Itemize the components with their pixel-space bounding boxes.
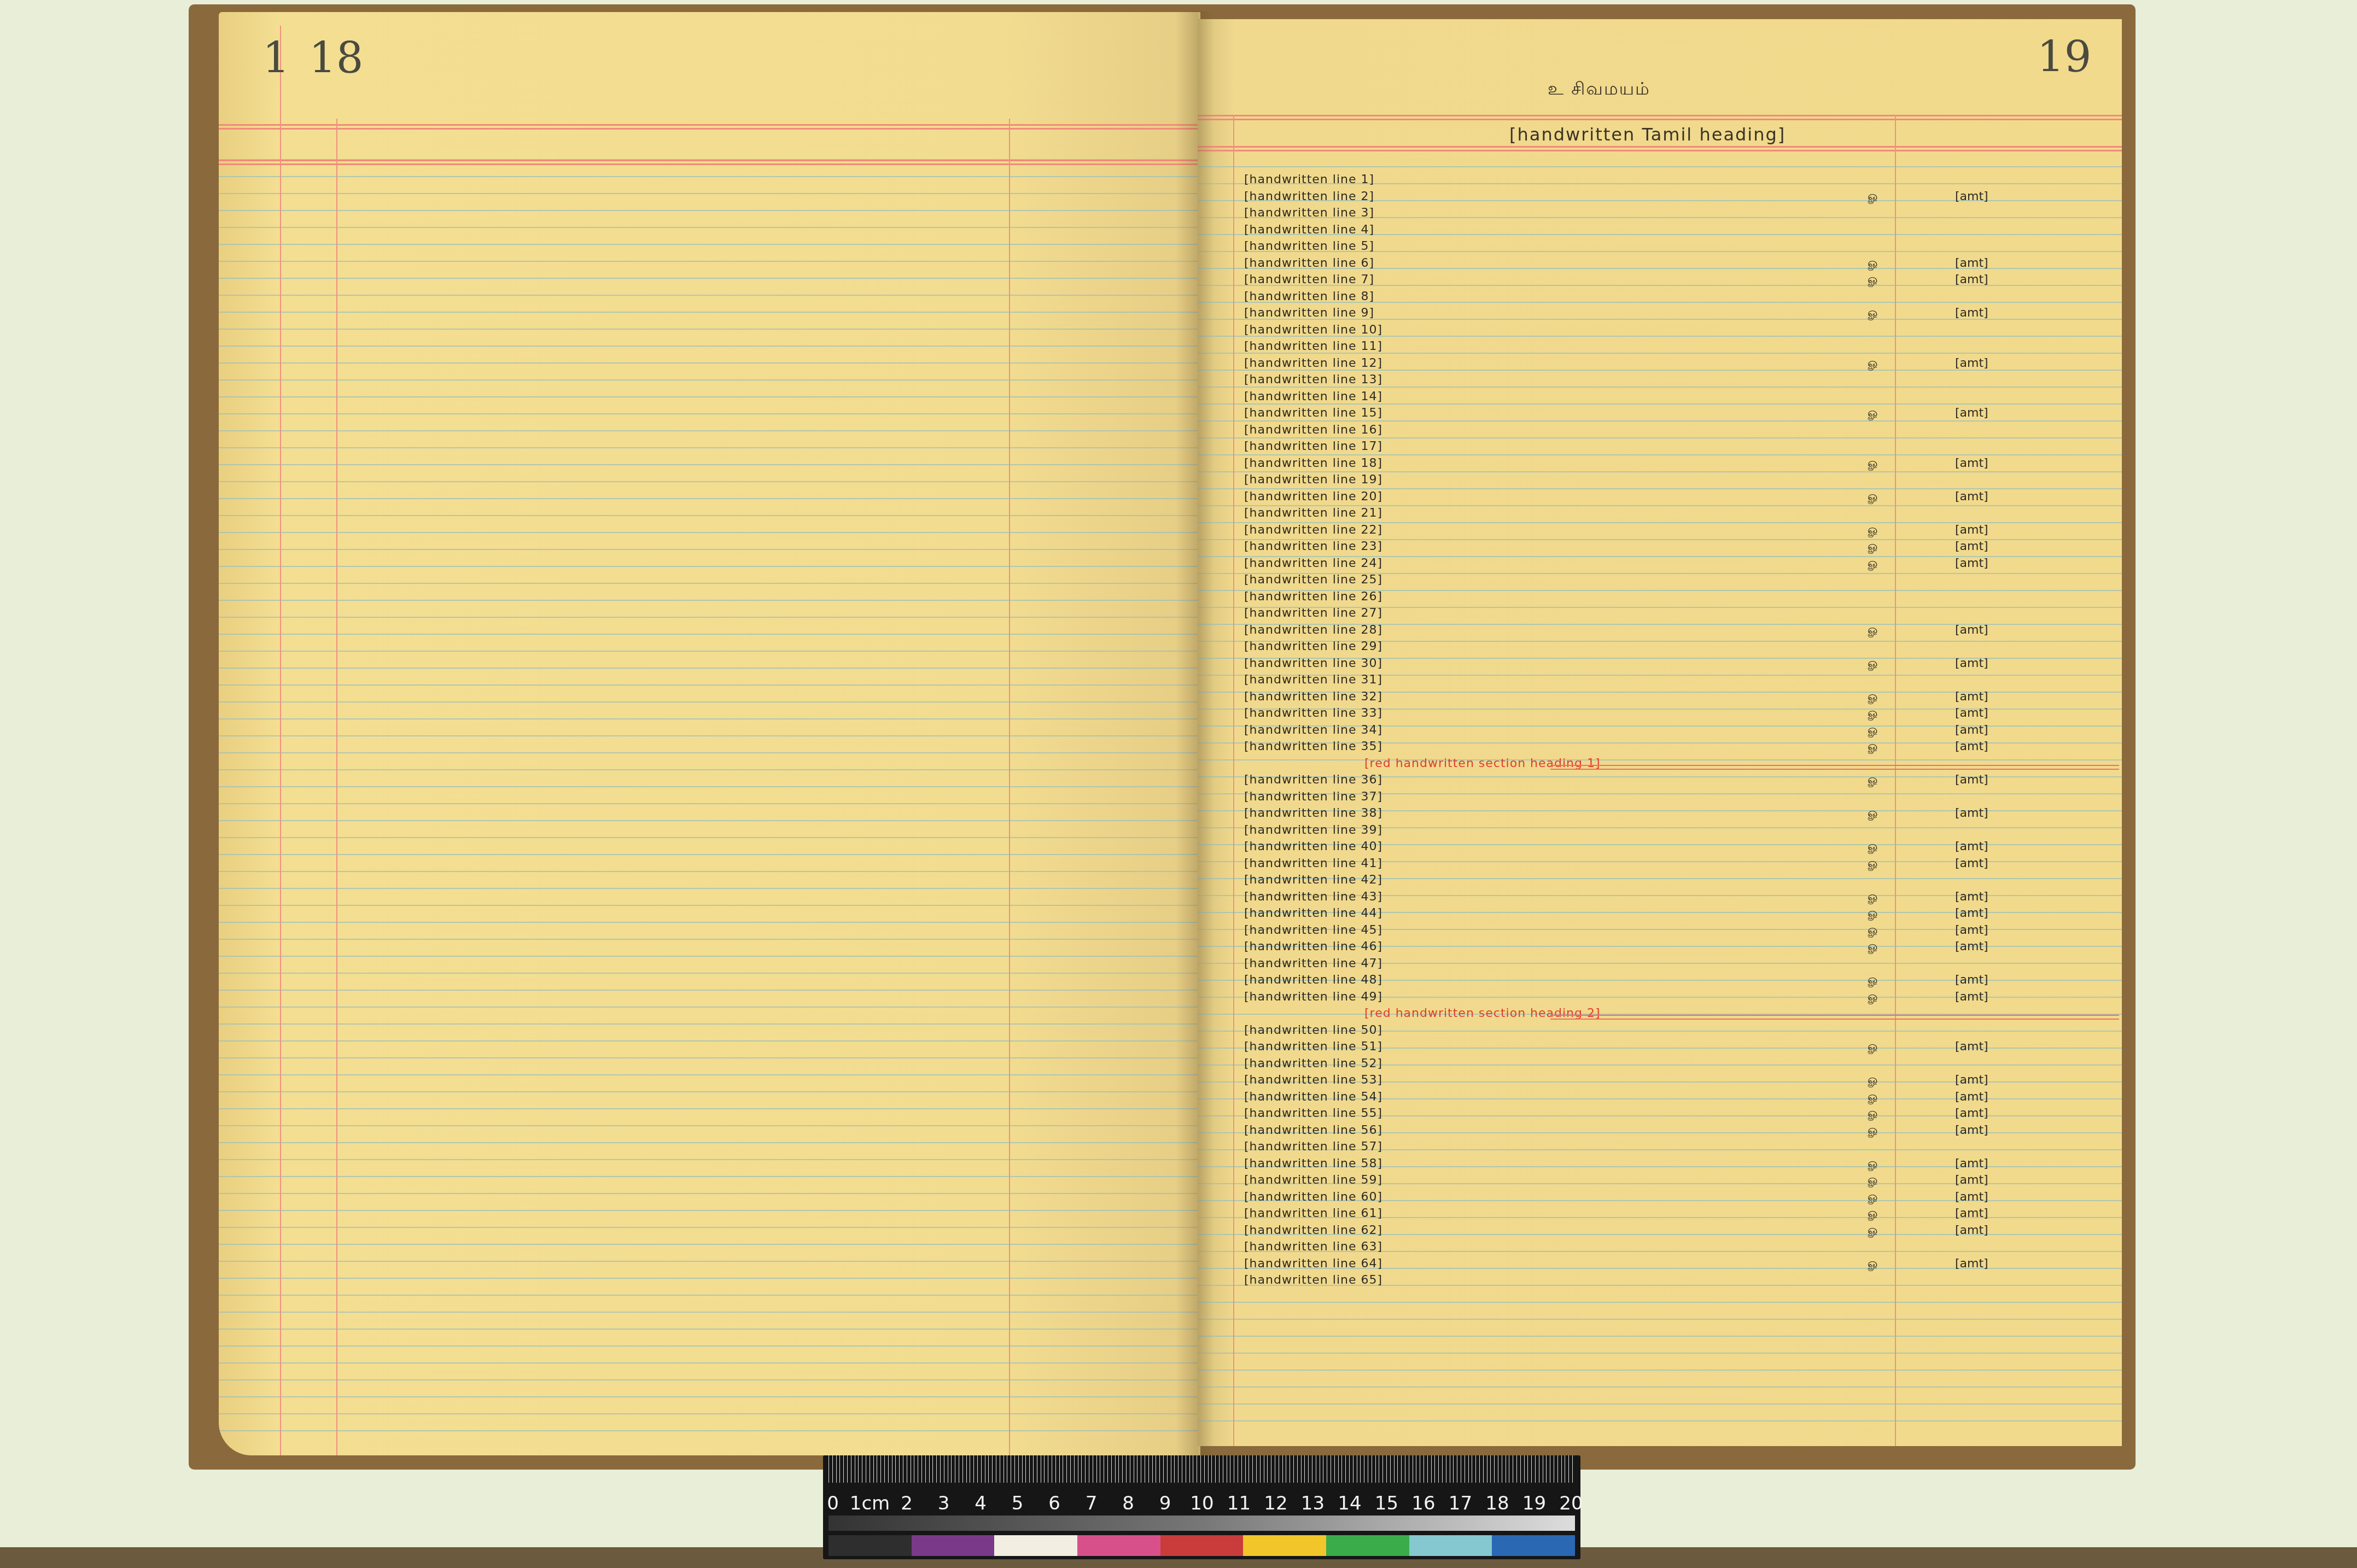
entry-amount: [amt] xyxy=(1955,840,2097,853)
entry-mark: ௐ xyxy=(1868,457,1906,472)
entry-text: [handwritten line 32] xyxy=(1244,690,1873,704)
ledger-row: [handwritten line 37] xyxy=(1244,788,2119,805)
ledger-row: [handwritten line 35]ௐ[amt] xyxy=(1244,738,2119,755)
entry-text: [handwritten line 33] xyxy=(1244,706,1873,720)
ledger-row: [handwritten line 47] xyxy=(1244,955,2119,972)
entry-mark: ௐ xyxy=(1868,1107,1906,1122)
ledger-row: [handwritten line 56]ௐ[amt] xyxy=(1244,1122,2119,1139)
ledger-row: [handwritten line 9]ௐ[amt] xyxy=(1244,305,2119,321)
ledger-row: [handwritten line 53]ௐ[amt] xyxy=(1244,1072,2119,1089)
entry-text: [handwritten line 35] xyxy=(1244,740,1873,753)
entry-text: [handwritten line 34] xyxy=(1244,723,1873,737)
ledger-row: [handwritten line 26] xyxy=(1244,588,2119,605)
entry-text: [handwritten line 6] xyxy=(1244,256,1873,270)
entry-text: [handwritten line 12] xyxy=(1244,356,1873,370)
color-swatch xyxy=(829,1535,912,1556)
entry-amount: [amt] xyxy=(1955,1040,2097,1054)
entry-text: [handwritten line 37] xyxy=(1244,790,1873,804)
header-rule-top-2 xyxy=(1198,119,2122,120)
ledger-row: [handwritten line 49]ௐ[amt] xyxy=(1244,988,2119,1005)
ledger-row: [handwritten line 4] xyxy=(1244,221,2119,238)
cm-label: 6 xyxy=(1048,1493,1060,1514)
ledger-row: [handwritten line 38]ௐ[amt] xyxy=(1244,805,2119,822)
ledger-row: [handwritten line 63] xyxy=(1244,1238,2119,1255)
column-heading: [handwritten Tamil heading] xyxy=(1509,124,1786,145)
ledger-row: [handwritten line 29] xyxy=(1244,638,2119,655)
entry-text: [handwritten line 62] xyxy=(1244,1224,1873,1237)
entry-amount: [amt] xyxy=(1955,273,2097,286)
entry-text: [handwritten line 17] xyxy=(1244,440,1873,453)
entry-amount: [amt] xyxy=(1955,356,2097,370)
entry-amount: [amt] xyxy=(1955,773,2097,787)
entry-mark: ௐ xyxy=(1868,557,1906,572)
ledger-row: [handwritten line 25] xyxy=(1244,571,2119,588)
entry-text: [handwritten line 23] xyxy=(1244,540,1873,553)
entry-amount: [amt] xyxy=(1955,990,2097,1004)
ledger-row: [handwritten line 10] xyxy=(1244,321,2119,338)
entry-amount: [amt] xyxy=(1955,1190,2097,1204)
entry-text: [handwritten line 50] xyxy=(1244,1023,1873,1037)
color-swatch xyxy=(1326,1535,1409,1556)
ledger-row: [handwritten line 42] xyxy=(1244,871,2119,888)
entry-mark: ௐ xyxy=(1868,523,1906,539)
cm-label: 0 xyxy=(827,1493,839,1514)
ledger-row: [handwritten line 55]ௐ[amt] xyxy=(1244,1105,2119,1122)
entry-mark: ௐ xyxy=(1868,773,1906,788)
margin-line xyxy=(280,26,281,1455)
entry-text: [handwritten line 11] xyxy=(1244,340,1873,353)
entry-mark: ௐ xyxy=(1868,306,1906,321)
cm-label: 11 xyxy=(1227,1493,1251,1514)
column-line-2 xyxy=(1009,119,1010,1455)
cm-label: 18 xyxy=(1485,1493,1509,1514)
ledger-row: [handwritten line 59]ௐ[amt] xyxy=(1244,1172,2119,1189)
ledger-row: [handwritten line 14] xyxy=(1244,388,2119,405)
entry-mark: ௐ xyxy=(1868,1207,1906,1222)
entry-amount: [amt] xyxy=(1955,1124,2097,1137)
ledger-row: [handwritten line 39] xyxy=(1244,822,2119,839)
entry-text: [handwritten line 59] xyxy=(1244,1173,1873,1187)
ledger-row: [handwritten line 1] xyxy=(1244,171,2119,188)
entry-text: [handwritten line 21] xyxy=(1244,506,1873,520)
cm-label: 10 xyxy=(1190,1493,1213,1514)
section-heading: [red handwritten section heading 2] xyxy=(1244,1005,2119,1022)
entry-amount: [amt] xyxy=(1955,723,2097,737)
entry-amount: [amt] xyxy=(1955,1073,2097,1087)
entry-amount: [amt] xyxy=(1955,706,2097,720)
entry-text: [handwritten line 56] xyxy=(1244,1124,1873,1137)
entry-amount: [amt] xyxy=(1955,973,2097,987)
entry-text: [handwritten line 42] xyxy=(1244,873,1873,887)
entry-text: [handwritten line 19] xyxy=(1244,473,1873,487)
entry-amount: [amt] xyxy=(1955,1157,2097,1171)
entry-text: [handwritten line 61] xyxy=(1244,1207,1873,1220)
ledger-row: [handwritten line 16] xyxy=(1244,422,2119,438)
cm-labels: 01cm234567891011121314151617181920 xyxy=(823,1493,1580,1514)
entry-text: [handwritten line 16] xyxy=(1244,423,1873,437)
ledger-row: [handwritten line 19] xyxy=(1244,471,2119,488)
grayscale-strip xyxy=(829,1516,1575,1531)
entry-amount: [amt] xyxy=(1955,623,2097,637)
entry-text: [handwritten line 40] xyxy=(1244,840,1873,853)
entry-mark: ௐ xyxy=(1868,356,1906,372)
color-swatch xyxy=(912,1535,995,1556)
header-rule-top-2 xyxy=(219,128,1200,130)
entry-text: [handwritten line 25] xyxy=(1244,573,1873,587)
cm-label: 12 xyxy=(1264,1493,1287,1514)
color-swatch xyxy=(1492,1535,1575,1556)
entry-amount: [amt] xyxy=(1955,1257,2097,1271)
cm-label: 4 xyxy=(975,1493,987,1514)
header-rule-bottom xyxy=(219,160,1200,161)
page-prefix: 1 xyxy=(262,34,290,83)
entry-mark: ௐ xyxy=(1868,190,1906,205)
ledger-row: [handwritten line 61]ௐ[amt] xyxy=(1244,1205,2119,1222)
entry-text: [handwritten line 58] xyxy=(1244,1157,1873,1171)
entry-mark: ௐ xyxy=(1868,1124,1906,1139)
header-rule-bottom-2 xyxy=(1198,150,2122,151)
ledger-row: [handwritten line 44]ௐ[amt] xyxy=(1244,905,2119,922)
page-number: 19 xyxy=(2037,33,2091,82)
entry-text: [handwritten line 60] xyxy=(1244,1190,1873,1204)
ledger-row: [handwritten line 30]ௐ[amt] xyxy=(1244,655,2119,672)
entry-amount: [amt] xyxy=(1955,490,2097,504)
entry-mark: ௐ xyxy=(1868,623,1906,639)
entry-text: [handwritten line 29] xyxy=(1244,640,1873,653)
ledger-entries: [handwritten line 1][handwritten line 2]… xyxy=(1244,171,2119,1289)
ledger-row: [handwritten line 2]ௐ[amt] xyxy=(1244,188,2119,205)
entry-amount: [amt] xyxy=(1955,857,2097,870)
cm-label: 14 xyxy=(1338,1493,1361,1514)
entry-text: [handwritten line 52] xyxy=(1244,1057,1873,1070)
entry-text: [handwritten line 31] xyxy=(1244,673,1873,687)
entry-text: [handwritten line 20] xyxy=(1244,490,1873,504)
ruled-lines xyxy=(219,143,1200,1439)
entry-text: [handwritten line 57] xyxy=(1244,1140,1873,1154)
entry-text: [handwritten line 3] xyxy=(1244,206,1873,220)
ledger-row: [handwritten line 17] xyxy=(1244,438,2119,455)
entry-text: [handwritten line 14] xyxy=(1244,390,1873,403)
cm-label: 2 xyxy=(901,1493,913,1514)
entry-mark: ௐ xyxy=(1868,923,1906,939)
ledger-row: [handwritten line 31] xyxy=(1244,671,2119,688)
ledger-row: [handwritten line 8] xyxy=(1244,288,2119,305)
ledger-row: [handwritten line 18]ௐ[amt] xyxy=(1244,455,2119,472)
entry-mark: ௐ xyxy=(1868,406,1906,422)
ledger-row: [handwritten line 22]ௐ[amt] xyxy=(1244,522,2119,539)
entry-text: [handwritten line 30] xyxy=(1244,657,1873,670)
ledger-row: [handwritten line 21] xyxy=(1244,505,2119,522)
entry-text: [handwritten line 13] xyxy=(1244,373,1873,387)
entry-text: [handwritten line 18] xyxy=(1244,457,1873,470)
ledger-row: [handwritten line 45]ௐ[amt] xyxy=(1244,922,2119,939)
entry-mark: ௐ xyxy=(1868,806,1906,822)
entry-text: [handwritten line 7] xyxy=(1244,273,1873,286)
heading-rule xyxy=(1550,1015,2119,1020)
ledger-row: [handwritten line 20]ௐ[amt] xyxy=(1244,488,2119,505)
cm-label: 5 xyxy=(1012,1493,1024,1514)
entry-amount: [amt] xyxy=(1955,540,2097,553)
header-rule-bottom xyxy=(1198,146,2122,148)
entry-text: [handwritten line 51] xyxy=(1244,1040,1873,1054)
entry-amount: [amt] xyxy=(1955,923,2097,937)
cm-label: 13 xyxy=(1301,1493,1325,1514)
entry-mark: ௐ xyxy=(1868,256,1906,272)
ledger-row: [handwritten line 28]ௐ[amt] xyxy=(1244,622,2119,639)
book-spine xyxy=(1176,11,1214,1460)
ledger-row: [handwritten line 57] xyxy=(1244,1138,2119,1155)
ledger-row: [handwritten line 3] xyxy=(1244,204,2119,221)
ledger-row: [handwritten line 13] xyxy=(1244,371,2119,388)
color-scale-bar: 01cm234567891011121314151617181920 xyxy=(823,1455,1580,1559)
entry-amount: [amt] xyxy=(1955,1173,2097,1187)
ledger-row: [handwritten line 60]ௐ[amt] xyxy=(1244,1189,2119,1206)
entry-mark: ௐ xyxy=(1868,273,1906,288)
left-page: 1 18 xyxy=(219,12,1200,1455)
ledger-row: [handwritten line 24]ௐ[amt] xyxy=(1244,555,2119,572)
entry-text: [handwritten line 8] xyxy=(1244,290,1873,303)
entry-mark: ௐ xyxy=(1868,973,1906,988)
color-swatches xyxy=(829,1535,1575,1556)
entry-mark: ௐ xyxy=(1868,1073,1906,1089)
ledger-row: [handwritten line 27] xyxy=(1244,605,2119,622)
entry-text: [handwritten line 53] xyxy=(1244,1073,1873,1087)
ledger-row: [handwritten line 5] xyxy=(1244,238,2119,255)
ledger-row: [handwritten line 11] xyxy=(1244,338,2119,355)
ledger-row: [handwritten line 40]ௐ[amt] xyxy=(1244,838,2119,855)
cm-label: 8 xyxy=(1122,1493,1134,1514)
ledger-row: [handwritten line 64]ௐ[amt] xyxy=(1244,1255,2119,1272)
entry-amount: [amt] xyxy=(1955,190,2097,203)
ledger-row: [handwritten line 54]ௐ[amt] xyxy=(1244,1089,2119,1105)
entry-text: [handwritten line 5] xyxy=(1244,239,1873,253)
entry-amount: [amt] xyxy=(1955,806,2097,820)
entry-amount: [amt] xyxy=(1955,1224,2097,1237)
entry-text: [handwritten line 27] xyxy=(1244,606,1873,620)
entry-amount: [amt] xyxy=(1955,906,2097,920)
entry-amount: [amt] xyxy=(1955,306,2097,320)
entry-mark: ௐ xyxy=(1868,690,1906,705)
ledger-row: [handwritten line 34]ௐ[amt] xyxy=(1244,722,2119,739)
entry-text: [handwritten line 47] xyxy=(1244,957,1873,970)
entry-mark: ௐ xyxy=(1868,857,1906,872)
ledger-row: [handwritten line 62]ௐ[amt] xyxy=(1244,1222,2119,1239)
entry-mark: ௐ xyxy=(1868,657,1906,672)
entry-text: [handwritten line 36] xyxy=(1244,773,1873,787)
header-rule-top xyxy=(1198,115,2122,116)
ledger-row: [handwritten line 58]ௐ[amt] xyxy=(1244,1155,2119,1172)
entry-amount: [amt] xyxy=(1955,690,2097,704)
entry-amount: [amt] xyxy=(1955,657,2097,670)
color-swatch xyxy=(1409,1535,1492,1556)
invocation-heading: உ சிவமயம் xyxy=(1548,78,1650,101)
color-swatch xyxy=(994,1535,1077,1556)
ledger-row: [handwritten line 65] xyxy=(1244,1272,2119,1289)
cm-label: 16 xyxy=(1411,1493,1435,1514)
ledger-row: [handwritten line 52] xyxy=(1244,1055,2119,1072)
cm-label: 9 xyxy=(1159,1493,1171,1514)
entry-text: [handwritten line 64] xyxy=(1244,1257,1873,1271)
entry-text: [handwritten line 63] xyxy=(1244,1240,1873,1254)
entry-text: [handwritten line 9] xyxy=(1244,306,1873,320)
entry-amount: [amt] xyxy=(1955,940,2097,953)
cm-label: 15 xyxy=(1375,1493,1398,1514)
entry-text: [handwritten line 24] xyxy=(1244,557,1873,570)
entry-amount: [amt] xyxy=(1955,523,2097,537)
entry-text: [handwritten line 54] xyxy=(1244,1090,1873,1104)
entry-text: [handwritten line 49] xyxy=(1244,990,1873,1004)
entry-text: [handwritten line 22] xyxy=(1244,523,1873,537)
header-rule-top xyxy=(219,124,1200,126)
entry-mark: ௐ xyxy=(1868,1157,1906,1172)
color-swatch xyxy=(1077,1535,1160,1556)
entry-amount: [amt] xyxy=(1955,740,2097,753)
right-page: 19 உ சிவமயம் [handwritten Tamil heading]… xyxy=(1198,19,2122,1446)
entry-text: [handwritten line 26] xyxy=(1244,590,1873,604)
margin-line xyxy=(1233,115,1234,1446)
entry-mark: ௐ xyxy=(1868,723,1906,739)
color-swatch xyxy=(1160,1535,1244,1556)
ledger-row: [handwritten line 50] xyxy=(1244,1022,2119,1039)
entry-text: [handwritten line 65] xyxy=(1244,1273,1873,1287)
cm-label: 19 xyxy=(1522,1493,1546,1514)
ledger-row: [handwritten line 32]ௐ[amt] xyxy=(1244,688,2119,705)
entry-mark: ௐ xyxy=(1868,490,1906,505)
entry-text: [handwritten line 10] xyxy=(1244,323,1873,337)
entry-text: [handwritten line 41] xyxy=(1244,857,1873,870)
entry-text: [handwritten line 28] xyxy=(1244,623,1873,637)
entry-text: [handwritten line 39] xyxy=(1244,823,1873,837)
ledger-row: [handwritten line 48]ௐ[amt] xyxy=(1244,972,2119,988)
entry-mark: ௐ xyxy=(1868,890,1906,905)
entry-mark: ௐ xyxy=(1868,540,1906,555)
mm-ticks xyxy=(829,1455,1575,1483)
entry-amount: [amt] xyxy=(1955,457,2097,470)
entry-amount: [amt] xyxy=(1955,890,2097,904)
entry-text: [handwritten line 46] xyxy=(1244,940,1873,953)
ledger-row: [handwritten line 12]ௐ[amt] xyxy=(1244,355,2119,372)
entry-mark: ௐ xyxy=(1868,1090,1906,1105)
entry-amount: [amt] xyxy=(1955,557,2097,570)
entry-text: [handwritten line 55] xyxy=(1244,1107,1873,1120)
cm-label: 3 xyxy=(938,1493,950,1514)
entry-text: [handwritten line 4] xyxy=(1244,223,1873,237)
ledger-row: [handwritten line 43]ௐ[amt] xyxy=(1244,888,2119,905)
cm-label: 20 xyxy=(1559,1493,1583,1514)
entry-mark: ௐ xyxy=(1868,1173,1906,1189)
entry-amount: [amt] xyxy=(1955,1107,2097,1120)
entry-text: [handwritten line 44] xyxy=(1244,906,1873,920)
entry-text: [handwritten line 45] xyxy=(1244,923,1873,937)
ledger-row: [handwritten line 33]ௐ[amt] xyxy=(1244,705,2119,722)
entry-mark: ௐ xyxy=(1868,740,1906,755)
ledger-row: [handwritten line 23]ௐ[amt] xyxy=(1244,538,2119,555)
ledger-row: [handwritten line 36]ௐ[amt] xyxy=(1244,771,2119,788)
entry-mark: ௐ xyxy=(1868,1190,1906,1206)
ledger-row: [handwritten line 15]ௐ[amt] xyxy=(1244,405,2119,422)
entry-text: [handwritten line 38] xyxy=(1244,806,1873,820)
entry-amount: [amt] xyxy=(1955,256,2097,270)
ledger-row: [handwritten line 51]ௐ[amt] xyxy=(1244,1038,2119,1055)
entry-mark: ௐ xyxy=(1868,990,1906,1005)
entry-text: [handwritten line 48] xyxy=(1244,973,1873,987)
section-heading: [red handwritten section heading 1] xyxy=(1244,755,2119,772)
entry-text: [handwritten line 1] xyxy=(1244,173,1873,186)
entry-text: [handwritten line 43] xyxy=(1244,890,1873,904)
entry-mark: ௐ xyxy=(1868,1224,1906,1239)
heading-rule xyxy=(1550,765,2119,770)
cm-label: 7 xyxy=(1086,1493,1098,1514)
header-rule-bottom-2 xyxy=(219,163,1200,165)
ledger-row: [handwritten line 46]ௐ[amt] xyxy=(1244,938,2119,955)
entry-amount: [amt] xyxy=(1955,1090,2097,1104)
entry-mark: ௐ xyxy=(1868,706,1906,722)
entry-amount: [amt] xyxy=(1955,406,2097,420)
entry-mark: ௐ xyxy=(1868,1040,1906,1055)
entry-mark: ௐ xyxy=(1868,906,1906,922)
color-swatch xyxy=(1243,1535,1326,1556)
cm-label: 17 xyxy=(1449,1493,1472,1514)
entry-mark: ௐ xyxy=(1868,1257,1906,1272)
entry-amount: [amt] xyxy=(1955,1207,2097,1220)
cm-label: 1cm xyxy=(850,1493,890,1514)
column-line-1 xyxy=(336,119,337,1455)
entry-mark: ௐ xyxy=(1868,940,1906,955)
page-number: 18 xyxy=(309,34,363,83)
entry-mark: ௐ xyxy=(1868,840,1906,855)
ledger-row: [handwritten line 6]ௐ[amt] xyxy=(1244,255,2119,272)
entry-text: [handwritten line 2] xyxy=(1244,190,1873,203)
entry-text: [handwritten line 15] xyxy=(1244,406,1873,420)
ledger-row: [handwritten line 7]ௐ[amt] xyxy=(1244,271,2119,288)
ledger-row: [handwritten line 41]ௐ[amt] xyxy=(1244,855,2119,872)
